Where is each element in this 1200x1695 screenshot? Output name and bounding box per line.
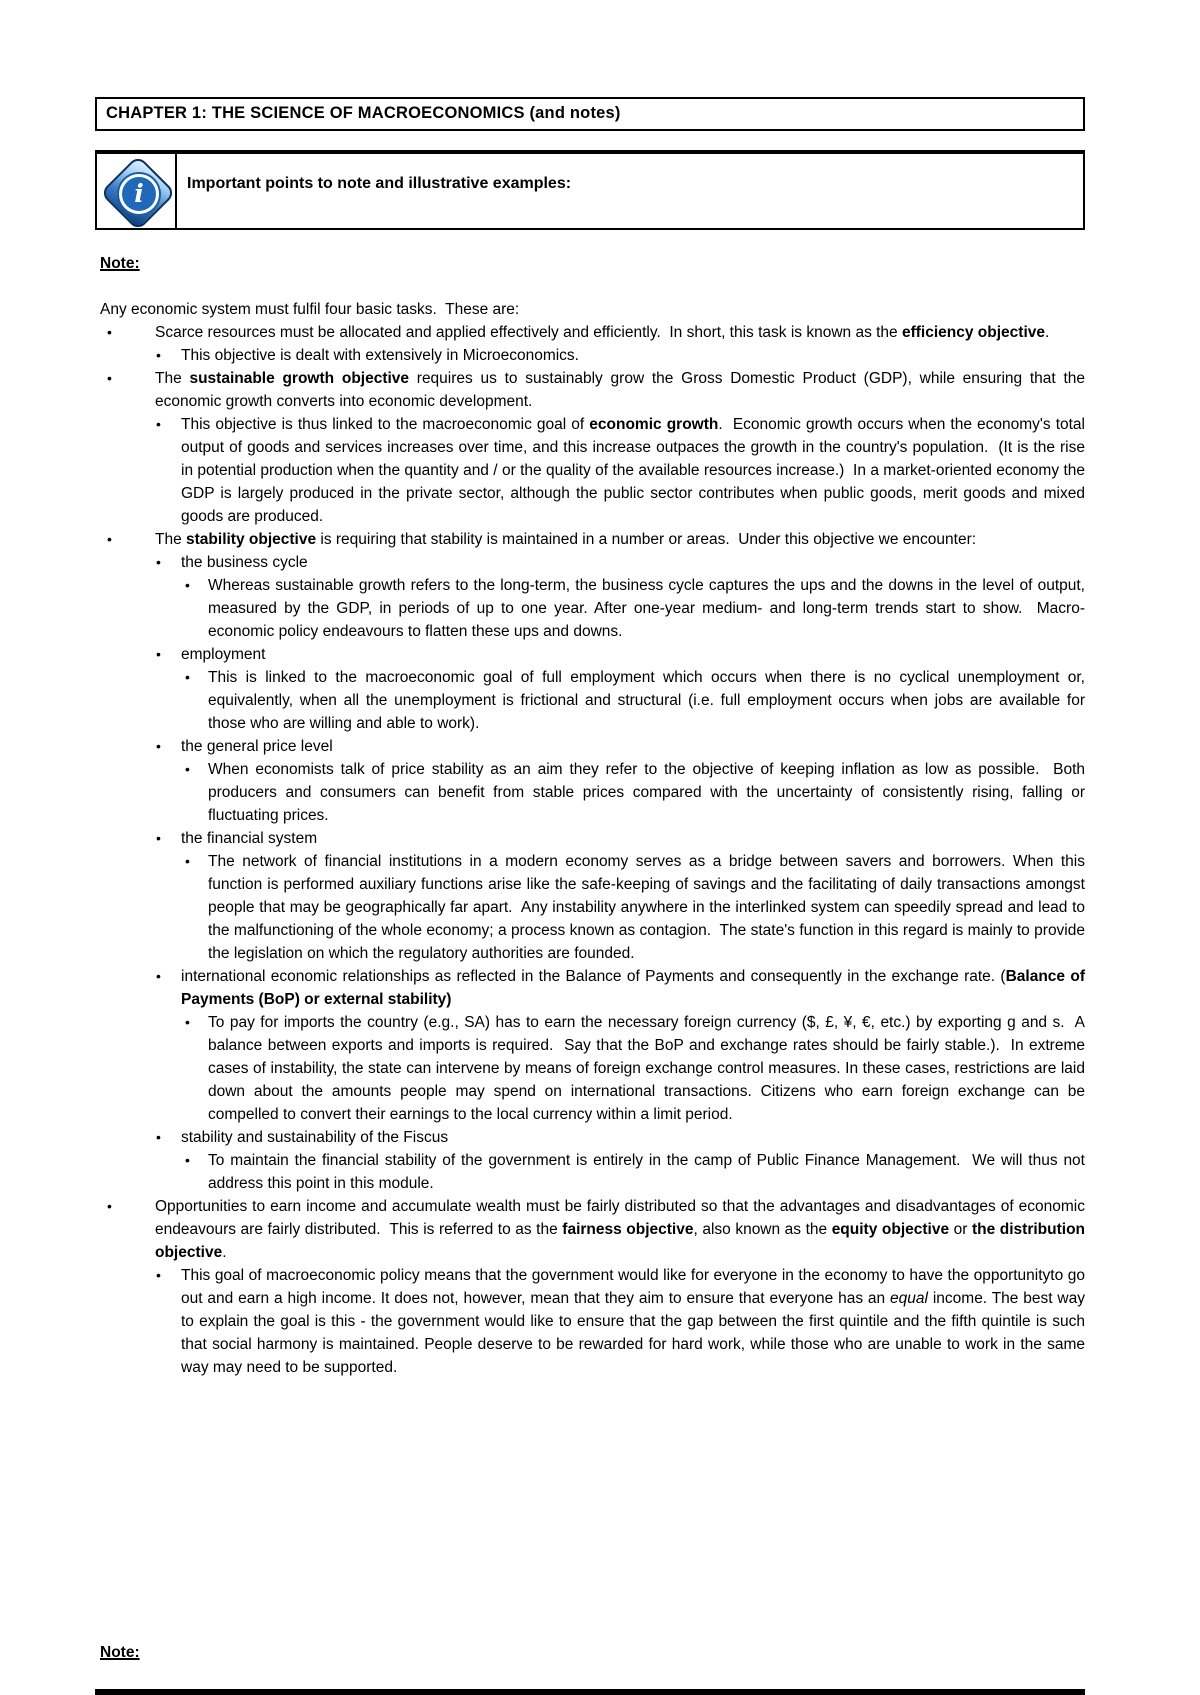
bullet-icon: • bbox=[185, 1149, 190, 1172]
note-heading: Note: bbox=[100, 252, 1085, 275]
info-i-glyph: i bbox=[134, 181, 144, 206]
bullet-icon: • bbox=[156, 1264, 161, 1287]
chapter-title: CHAPTER 1: THE SCIENCE OF MACROECONOMICS… bbox=[106, 104, 621, 122]
next-section-top-border bbox=[95, 1689, 1085, 1695]
bullet-icon: • bbox=[185, 666, 190, 689]
item-text: Whereas sustainable growth refers to the… bbox=[208, 577, 1089, 640]
bullet-icon: • bbox=[107, 321, 112, 344]
bullet-item-li3: •To pay for imports the country (e.g., S… bbox=[100, 1011, 1085, 1126]
bullet-item-li3: •The network of financial institutions i… bbox=[100, 850, 1085, 965]
bullet-item-li2: •the general price level bbox=[100, 735, 1085, 758]
bullet-item-li1: •Opportunities to earn income and accumu… bbox=[100, 1195, 1085, 1264]
document-page: CHAPTER 1: THE SCIENCE OF MACROECONOMICS… bbox=[0, 0, 1200, 1695]
item-text: employment bbox=[181, 646, 265, 663]
bullet-item-li2: •employment bbox=[100, 643, 1085, 666]
bottom-note-heading: Note: bbox=[100, 1641, 140, 1664]
bullet-icon: • bbox=[185, 850, 190, 873]
bullet-icon: • bbox=[156, 344, 161, 367]
bullet-icon: • bbox=[185, 758, 190, 781]
bullet-item-li2: •This objective is thus linked to the ma… bbox=[100, 413, 1085, 528]
bullet-item-li2: •the business cycle bbox=[100, 551, 1085, 574]
item-text: Any economic system must fulfil four bas… bbox=[100, 301, 519, 318]
bottom-note-label: Note: bbox=[100, 1644, 140, 1661]
bullet-icon: • bbox=[185, 1011, 190, 1034]
bullet-item-li1: •Scarce resources must be allocated and … bbox=[100, 321, 1085, 344]
item-text: the general price level bbox=[181, 738, 333, 755]
item-text: The network of financial institutions in… bbox=[208, 853, 1089, 962]
document-body: Note:Any economic system must fulfil fou… bbox=[100, 252, 1085, 1379]
bullet-icon: • bbox=[107, 528, 112, 551]
bullet-icon: • bbox=[156, 827, 161, 850]
item-text: stability and sustainability of the Fisc… bbox=[181, 1129, 448, 1146]
item-text: This goal of macroeconomic policy means … bbox=[181, 1267, 1089, 1376]
bullet-icon: • bbox=[156, 643, 161, 666]
info-icon-cell: i bbox=[97, 154, 177, 228]
item-text: This objective is thus linked to the mac… bbox=[181, 416, 1089, 525]
bullet-icon: • bbox=[156, 1126, 161, 1149]
bullet-item-li3: •This is linked to the macroeconomic goa… bbox=[100, 666, 1085, 735]
item-text: This objective is dealt with extensively… bbox=[181, 347, 579, 364]
item-text: The sustainable growth objective require… bbox=[155, 370, 1089, 410]
bullet-item-li1: •The stability objective is requiring th… bbox=[100, 528, 1085, 551]
item-text: the business cycle bbox=[181, 554, 308, 571]
item-text: When economists talk of price stability … bbox=[208, 761, 1089, 824]
item-text: To maintain the financial stability of t… bbox=[208, 1152, 1089, 1192]
item-text: Scarce resources must be allocated and a… bbox=[155, 324, 1049, 341]
bullet-icon: • bbox=[156, 551, 161, 574]
bullet-icon: • bbox=[107, 367, 112, 390]
bullet-icon: • bbox=[156, 413, 161, 436]
item-text: international economic relationships as … bbox=[181, 968, 1089, 1008]
info-circle: i bbox=[119, 174, 159, 214]
bullet-item-li2: •international economic relationships as… bbox=[100, 965, 1085, 1011]
item-text: Opportunities to earn income and accumul… bbox=[155, 1198, 1089, 1261]
item-text: the financial system bbox=[181, 830, 317, 847]
bullet-item-li3: •To maintain the financial stability of … bbox=[100, 1149, 1085, 1195]
chapter-title-box: CHAPTER 1: THE SCIENCE OF MACROECONOMICS… bbox=[95, 97, 1085, 131]
bullet-item-li2: •This objective is dealt with extensivel… bbox=[100, 344, 1085, 367]
bullet-item-li1: •The sustainable growth objective requir… bbox=[100, 367, 1085, 413]
item-text: The stability objective is requiring tha… bbox=[155, 531, 976, 548]
item-text: This is linked to the macroeconomic goal… bbox=[208, 669, 1089, 732]
bullet-item-li2: •This goal of macroeconomic policy means… bbox=[100, 1264, 1085, 1379]
info-banner: i Important points to note and illustrat… bbox=[95, 150, 1085, 230]
bullet-icon: • bbox=[156, 965, 161, 988]
info-banner-text: Important points to note and illustrativ… bbox=[177, 154, 1083, 228]
bullet-item-li2: •stability and sustainability of the Fis… bbox=[100, 1126, 1085, 1149]
bullet-icon: • bbox=[185, 574, 190, 597]
item-text: To pay for imports the country (e.g., SA… bbox=[208, 1014, 1089, 1123]
intro-paragraph: Any economic system must fulfil four bas… bbox=[100, 298, 1085, 321]
info-icon: i bbox=[99, 153, 173, 229]
bullet-item-li3: •Whereas sustainable growth refers to th… bbox=[100, 574, 1085, 643]
bullet-icon: • bbox=[156, 735, 161, 758]
bullet-icon: • bbox=[107, 1195, 112, 1218]
bullet-item-li2: •the financial system bbox=[100, 827, 1085, 850]
note-label: Note: bbox=[100, 255, 140, 272]
bullet-item-li3: •When economists talk of price stability… bbox=[100, 758, 1085, 827]
